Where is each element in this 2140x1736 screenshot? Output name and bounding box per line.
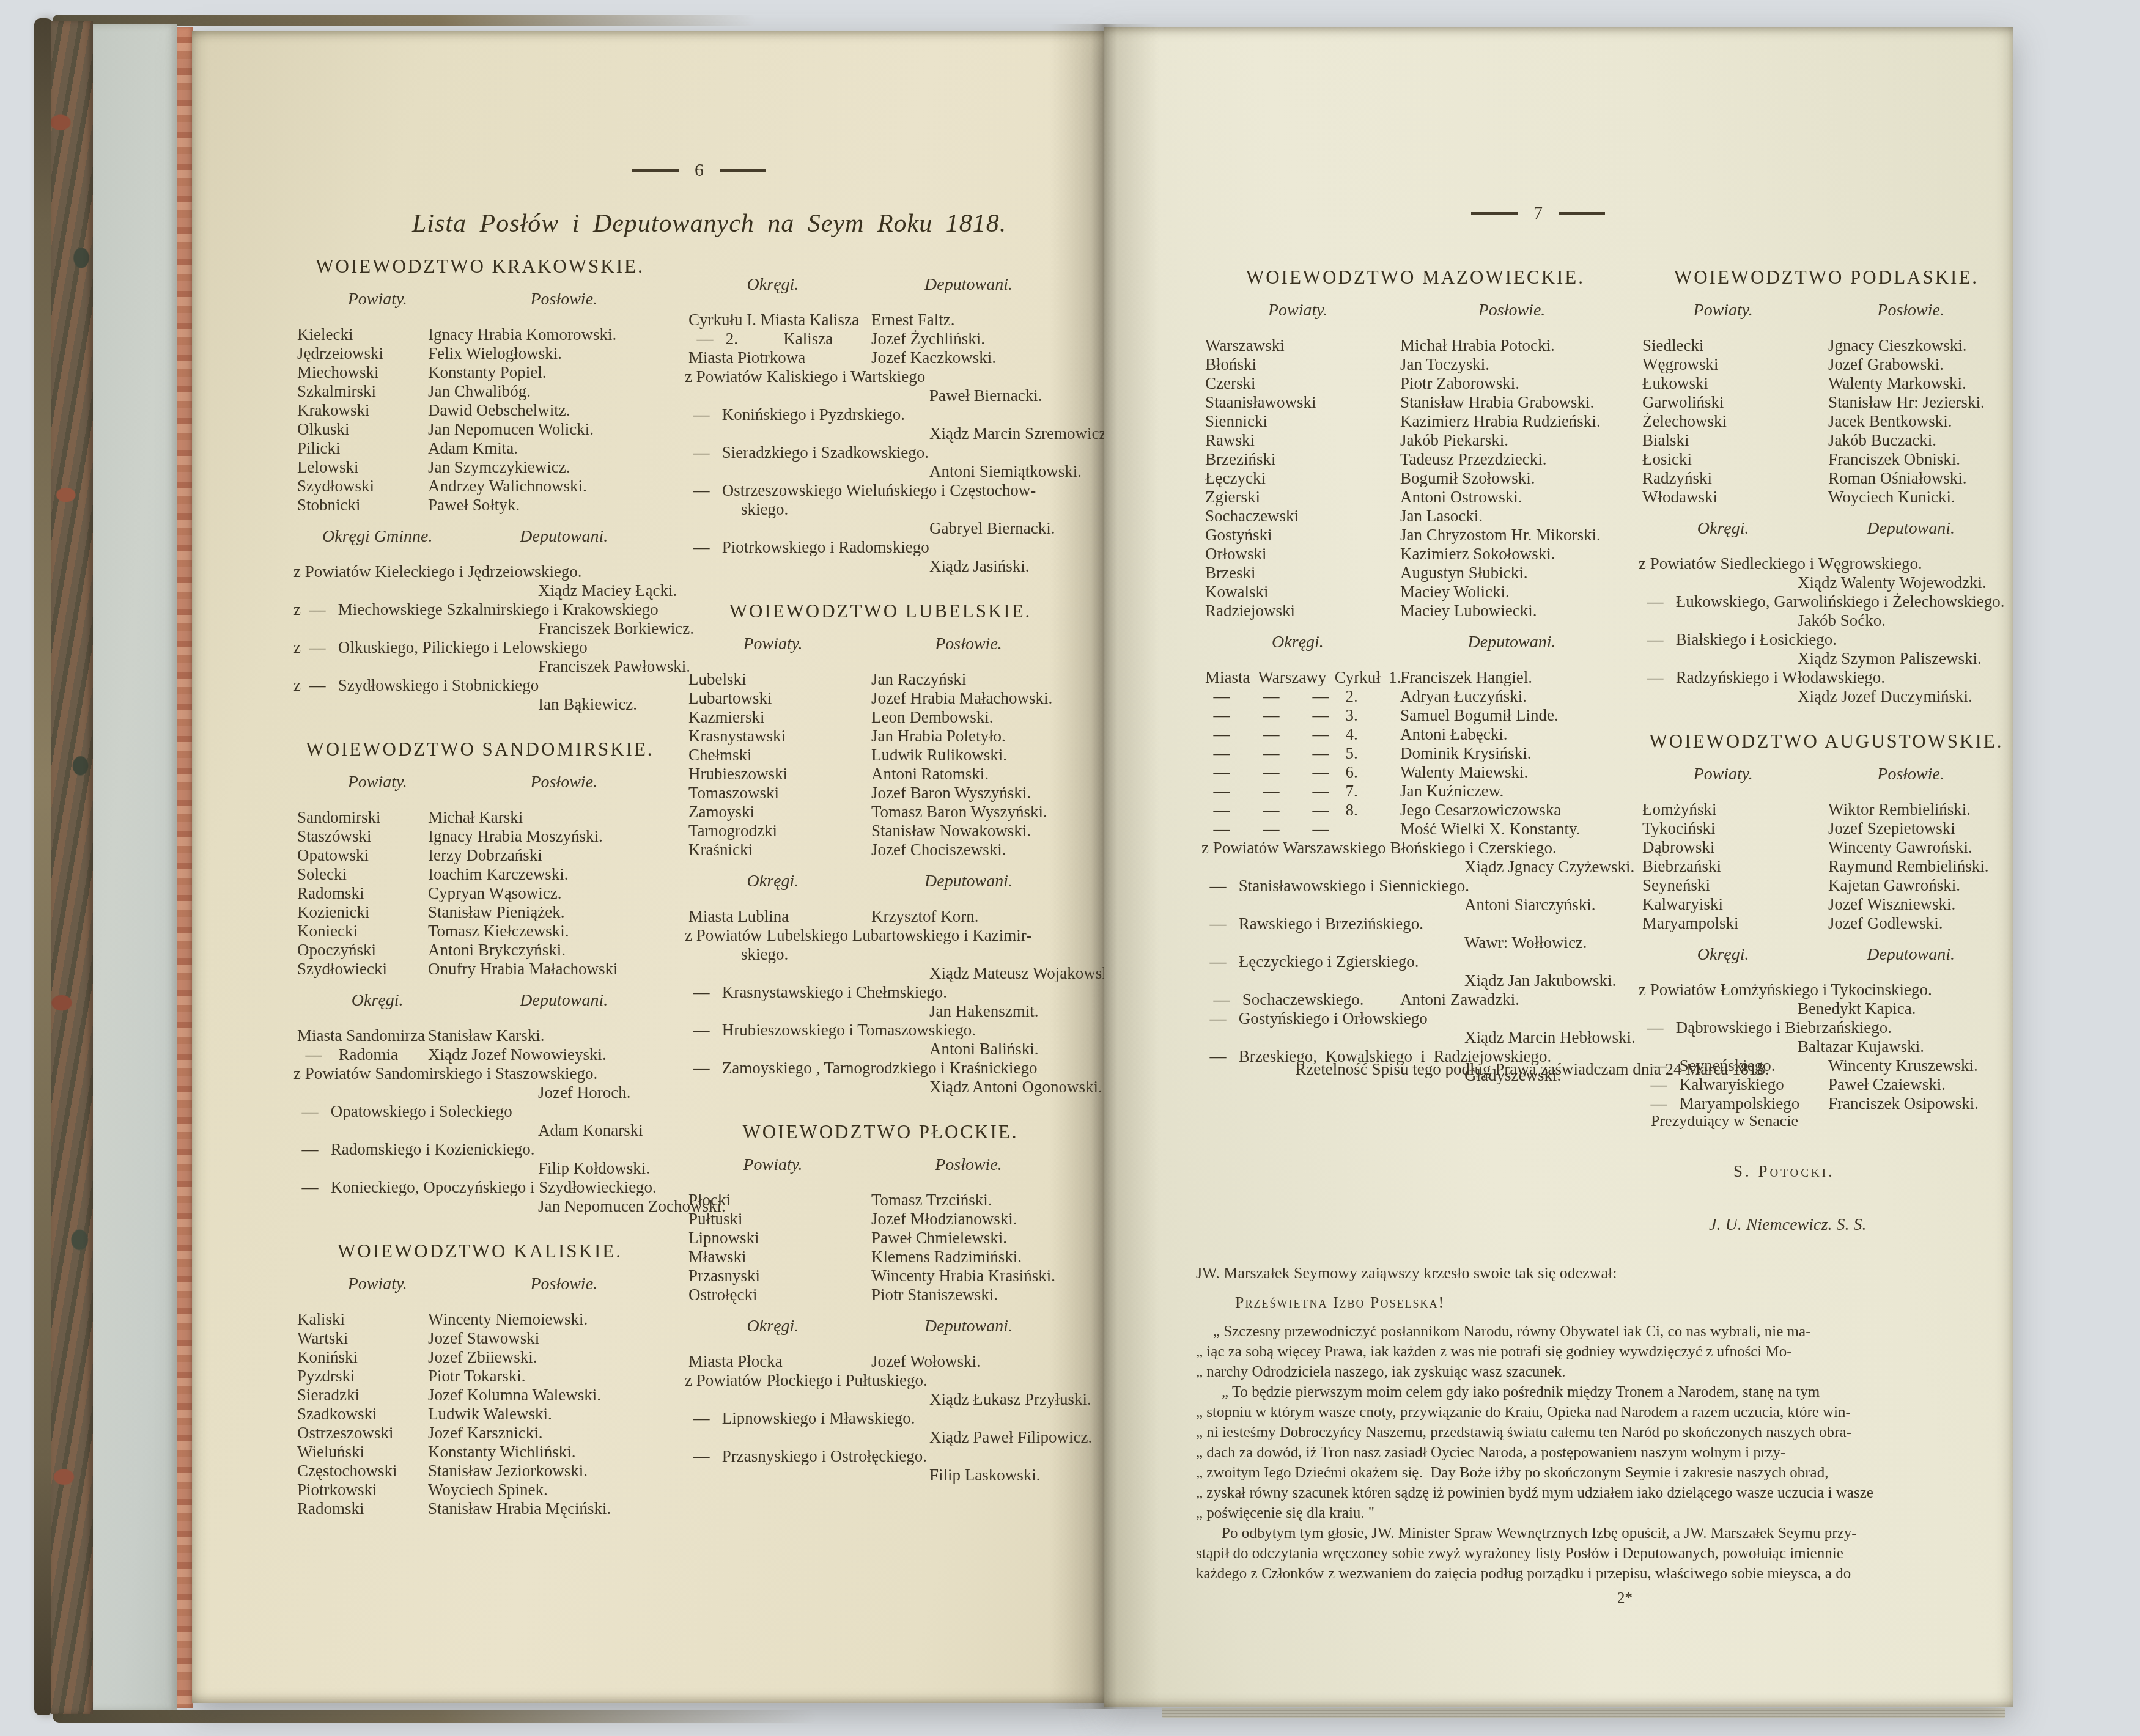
- district-name: — Krasnystawskiego i Chełmskiego.: [685, 983, 1076, 1002]
- page-footer: Rzetelność Spisu tego podług Prawa zaświ…: [1196, 1060, 1985, 1607]
- person-name: Ernest Faltz.: [871, 311, 1076, 329]
- district-name: — Sieradzkiego i Szadkowskiego.: [685, 443, 1076, 462]
- person-name: Stanisław Jeziorkowski.: [428, 1462, 666, 1480]
- district-name: Lubartowski: [685, 689, 871, 708]
- person-name: Stanisław Hrabia Męciński.: [428, 1499, 666, 1518]
- district-name: Łęczycki: [1201, 469, 1400, 488]
- person-name: Ludwik Rulikowski.: [871, 746, 1076, 765]
- person-name: Ignacy Hrabia Moszyński.: [428, 827, 666, 846]
- list-row: WarszawskiMichał Hrabia Potocki.: [1201, 336, 1629, 355]
- person-name: Maciey Wolicki.: [1400, 583, 1629, 601]
- district-entry: — — — 3.Samuel Bogumił Linde.: [1201, 706, 1629, 725]
- district-name: Błoński: [1201, 355, 1400, 374]
- list-row: ŁomżyńskiWiktor Rembieliński.: [1639, 800, 2014, 819]
- district-entry: — — — 5.Dominik Krysiński.: [1201, 744, 1629, 763]
- district-name: Tarnogrodzki: [685, 822, 871, 840]
- list-row: SzadkowskiLudwik Walewski.: [293, 1405, 666, 1424]
- column-headers: Okręgi.Deputowani.: [1639, 945, 2014, 965]
- presiding-label: Prezyduiący w Senacie: [1651, 1112, 1985, 1130]
- person-name: Jan Hakenszmit.: [685, 1002, 1076, 1021]
- person-name: Stanisław Hr: Jezierski.: [1828, 393, 2014, 412]
- district-name: z Powiatów Łomżyńskiego i Tykocinskiego.: [1639, 980, 2014, 999]
- name-list: LubelskiJan RaczyńskiLubartowskiJozef Hr…: [685, 670, 1076, 859]
- person-name: Jacek Bentkowski.: [1828, 412, 2014, 431]
- person-name: Antoni Zawadzki.: [1400, 990, 1629, 1009]
- list-row: OpatowskiIerzy Dobrzański: [293, 846, 666, 865]
- marbled-endpaper: [51, 21, 93, 1714]
- list-row: MiechowskiKonstanty Popiel.: [293, 363, 666, 382]
- column-header-right: Posłowie.: [1394, 301, 1629, 320]
- list-row: StaszówskiIgnacy Hrabia Moszyński.: [293, 827, 666, 846]
- district-entry: z Powiatów Siedleckiego i Węgrowskiego.X…: [1639, 554, 2014, 592]
- district-name: — Stanisławowskiego i Siennickiego.: [1201, 877, 1629, 896]
- district-entry: — — — 6.Walenty Maiewski.: [1201, 763, 1629, 782]
- district-name: Żelechowski: [1639, 412, 1828, 431]
- person-name: Jan Lasocki.: [1400, 507, 1629, 526]
- column-header-left: Okręgi.: [1639, 519, 1807, 539]
- district-name: Ostrzeszowski: [293, 1424, 428, 1443]
- list-row: OpoczyńskiAntoni Brykczyński.: [293, 941, 666, 960]
- column-header-right: Deputowani.: [861, 275, 1076, 295]
- person-name: Woyciech Spinek.: [428, 1480, 666, 1499]
- person-name: Konstanty Wichliński.: [428, 1443, 666, 1462]
- district-name: — 2. Kalisza: [685, 329, 871, 348]
- person-name: Tomasz Trzciński.: [871, 1191, 1076, 1210]
- district-entry: — Konieckiego, Opoczyńskiego i Szydłowie…: [293, 1178, 666, 1216]
- voivodeship-heading: WOIEWODZTWO KRAKOWSKIE.: [293, 256, 666, 278]
- list-row: SzydłowskiAndrzey Walichnowski.: [293, 477, 666, 496]
- speech-line: „ ni iesteśmy Dobroczyńcy Naszemu, przed…: [1196, 1422, 1985, 1443]
- column-headers: Okręgi.Deputowani.: [1639, 519, 2014, 539]
- person-name: Augustyn Słubicki.: [1400, 564, 1629, 583]
- column-headers: Powiaty.Posłowie.: [1639, 765, 2014, 784]
- district-name: Wieluński: [293, 1443, 428, 1462]
- person-name: Gabryel Biernacki.: [685, 519, 1076, 538]
- list-row: RadomskiStanisław Hrabia Męciński.: [293, 1499, 666, 1518]
- person-name: Xiądz Jozef Duczymiński.: [1639, 687, 2014, 706]
- list-row: PułtuskiJozef Młodzianowski.: [685, 1210, 1076, 1229]
- district-name: Olkuski: [293, 420, 428, 439]
- district-name: Kozienicki: [293, 903, 428, 922]
- district-name: Lubelski: [685, 670, 871, 689]
- district-name: Radzyński: [1639, 469, 1828, 488]
- district-name: Maryampolski: [1639, 914, 1828, 933]
- person-name: Jozef Godlewski.: [1828, 914, 2014, 933]
- column-header-right: Posłowie.: [462, 290, 667, 309]
- district-name: Łosicki: [1639, 450, 1828, 469]
- list-row: TykocińskiJozef Szepietowski: [1639, 819, 2014, 838]
- district-name: Kazmierski: [685, 708, 871, 727]
- person-name: Krzysztof Korn.: [871, 907, 1076, 926]
- district-name: Częstochowski: [293, 1462, 428, 1480]
- list-row: PiotrkowskiWoyciech Spinek.: [293, 1480, 666, 1499]
- column-header-left: Okręgi Gminne.: [293, 527, 462, 546]
- district-name: — — —: [1201, 820, 1400, 839]
- district-entry: Miasta LublinaKrzysztof Korn.: [685, 907, 1076, 926]
- district-name: — — — 7.: [1201, 782, 1400, 801]
- signature-mark: 2*: [1617, 1590, 1985, 1607]
- column-header-left: Okręgi.: [685, 872, 861, 891]
- person-name: Xiądz Walenty Wojewodzki.: [1639, 573, 2014, 592]
- page-stack-edge: [1162, 1708, 2005, 1718]
- list-row: PłockiTomasz Trzciński.: [685, 1191, 1076, 1210]
- district-name: — — — 4.: [1201, 725, 1400, 744]
- column-header-right: Posłowie.: [1807, 301, 2014, 320]
- person-name: Antoni Brykczyński.: [428, 941, 666, 960]
- person-name: Franciszek Hangiel.: [1400, 668, 1629, 687]
- column-header-right: Posłowie.: [462, 773, 667, 792]
- district-name: — Piotrkowskiego i Radomskiego: [685, 538, 1076, 557]
- person-name: Jozef Wiszniewski.: [1828, 895, 2014, 914]
- voivodeship-heading: WOIEWODZTWO SANDOMIRSKIE.: [293, 738, 666, 760]
- district-name: — Hrubieszowskiego i Tomaszowskiego.: [685, 1021, 1076, 1040]
- person-name: Antoni Siarczyński.: [1201, 896, 1629, 914]
- voivodeship-heading: WOIEWODZTWO PŁOCKIE.: [685, 1121, 1076, 1143]
- list-row: SandomirskiMichał Karski: [293, 808, 666, 827]
- column-header-right: Posłowie.: [462, 1274, 667, 1294]
- district-entry: z Powiatów Sandomirskiego i Staszowskieg…: [293, 1064, 666, 1102]
- person-name: Filip Kołdowski.: [293, 1159, 666, 1178]
- district-name: — Sochaczewskiego.: [1201, 990, 1400, 1009]
- district-name: Pułtuski: [685, 1210, 871, 1229]
- district-entry: z — Miechowskiege Szkalmirskiego i Krako…: [293, 600, 666, 638]
- district-name: Miasta Piotrkowa: [685, 348, 871, 367]
- list-row: MławskiKlemens Radzimiński.: [685, 1248, 1076, 1267]
- list-row: SzkalmirskiJan Chwalibóg.: [293, 382, 666, 401]
- person-name: Woyciech Kunicki.: [1828, 488, 2014, 507]
- person-name: Xiądz Antoni Ogonowski.: [685, 1078, 1076, 1097]
- district-name: — Zamoyskiego , Tarnogrodzkiego i Kraśni…: [685, 1059, 1076, 1078]
- district-name: Miechowski: [293, 363, 428, 382]
- district-entry: — — — 8.Jego Cesarzowiczowska: [1201, 801, 1629, 820]
- book-spine: [34, 18, 53, 1715]
- person-name: Wincenty Niemoiewski.: [428, 1310, 666, 1329]
- district-name: Pilicki: [293, 439, 428, 458]
- list-row: ŁęczyckiBogumił Szołowski.: [1201, 469, 1629, 488]
- district-name: — Konińskiego i Pyzdrskiego.: [685, 405, 1076, 424]
- district-name: z Powiatów Kaliskiego i Wartskiego: [685, 367, 1076, 386]
- column-headers: Powiaty.Posłowie.: [685, 1155, 1076, 1175]
- column-headers: Powiaty.Posłowie.: [293, 773, 666, 792]
- district-name: Węgrowski: [1639, 355, 1828, 374]
- district-name: Miasta Sandomirza: [293, 1026, 428, 1045]
- district-entry: — Łukowskiego, Garwolińskiego i Żelechow…: [1639, 592, 2014, 630]
- list-row: ZamoyskiTomasz Baron Wyszyński.: [685, 803, 1076, 822]
- district-name: Krasnystawski: [685, 727, 871, 746]
- person-name: Antoni Baliński.: [685, 1040, 1076, 1059]
- column-header-left: Powiaty.: [293, 290, 462, 309]
- person-name: Leon Dembowski.: [871, 708, 1076, 727]
- district-entry: — Rawskiego i Brzezińskiego.Wawr: Wołłow…: [1201, 914, 1629, 952]
- district-name: — Gostyńskiego i Orłowskiego: [1201, 1009, 1629, 1028]
- district-name: Rawski: [1201, 431, 1400, 450]
- list-row: KaliskiWincenty Niemoiewski.: [293, 1310, 666, 1329]
- district-name: Cyrkułu I. Miasta Kalisza: [685, 311, 871, 329]
- district-name: Kielecki: [293, 325, 428, 344]
- district-name: z Powiatów Płockiego i Pułtuskiego.: [685, 1371, 1076, 1390]
- person-name: Roman Ośniałowski.: [1828, 469, 2014, 488]
- list-row: HrubieszowskiAntoni Ratomski.: [685, 765, 1076, 784]
- district-name: Bialski: [1639, 431, 1828, 450]
- person-name: Jgnacy Cieszkowski.: [1828, 336, 2014, 355]
- right-page-column-2: WOIEWODZTWO PODLASKIE.Powiaty.Posłowie.S…: [1639, 267, 2014, 1118]
- district-entry: Miasta PłockaJozef Wołowski.: [685, 1352, 1076, 1371]
- left-page-column-2: Okręgi.Deputowani.Cyrkułu I. Miasta Kali…: [685, 263, 1076, 1485]
- person-name: Andrzey Walichnowski.: [428, 477, 666, 496]
- speech-line: „ Szczesny przewodniczyć posłannikom Nar…: [1196, 1322, 1985, 1342]
- district-name: Siedlecki: [1639, 336, 1828, 355]
- list-row: TarnogrodzkiStanisław Nowakowski.: [685, 822, 1076, 840]
- list-row: WęgrowskiJozef Grabowski.: [1639, 355, 2014, 374]
- district-name: — — — 5.: [1201, 744, 1400, 763]
- district-entry: — Lipnowskiego i Mławskiego.Xiądz Paweł …: [685, 1409, 1076, 1447]
- person-name: Jakób Soćko.: [1639, 611, 2014, 630]
- person-name: Stanisław Nowakowski.: [871, 822, 1076, 840]
- person-name: Jozef Baron Wyszyński.: [871, 784, 1076, 803]
- person-name: Paweł Biernacki.: [685, 386, 1076, 405]
- name-list: SandomirskiMichał KarskiStaszówskiIgnacy…: [293, 808, 666, 979]
- person-name: Antoni Ostrowski.: [1400, 488, 1629, 507]
- column-header-left: Okręgi.: [293, 991, 462, 1010]
- person-name: Wincenty Hrabia Krasiński.: [871, 1267, 1076, 1285]
- person-name: Piotr Zaborowski.: [1400, 374, 1629, 393]
- person-name: Jozef Horoch.: [293, 1083, 666, 1102]
- list-row: SoleckiIoachim Karczewski.: [293, 865, 666, 884]
- column-header-left: Okręgi.: [685, 1317, 861, 1336]
- district-name: Warszawski: [1201, 336, 1400, 355]
- salutation: Prześwietna Izbo Poselska!: [1235, 1293, 1985, 1312]
- person-name: Jozef Szepietowski: [1828, 819, 2014, 838]
- list-row: RawskiJakób Piekarski.: [1201, 431, 1629, 450]
- district-entry: — Konińskiego i Pyzdrskiego.Xiądz Marcin…: [685, 405, 1076, 443]
- person-name: Stanisław Karski.: [428, 1026, 666, 1045]
- book-board-edge-bottom: [53, 1710, 817, 1723]
- district-entry: — Sieradzkiego i Szadkowskiego.Antoni Si…: [685, 443, 1076, 481]
- district-name-continued: skiego.: [685, 945, 1076, 964]
- person-name: Filip Laskowski.: [685, 1466, 1076, 1485]
- list-row: TomaszowskiJozef Baron Wyszyński.: [685, 784, 1076, 803]
- district-name: Hrubieszowski: [685, 765, 871, 784]
- speech-line: „ To będzie pierwszym moim celem gdy iak…: [1196, 1382, 1985, 1402]
- district-entry: — Dąbrowskiego i Biebrzańskiego.Baltazar…: [1639, 1018, 2014, 1056]
- district-entry: z Powiatów Łomżyńskiego i Tykocinskiego.…: [1639, 980, 2014, 1018]
- column-header-right: Deputowani.: [861, 872, 1076, 891]
- district-entry: z Powiatów Kieleckiego i Jędrzeiowskiego…: [293, 562, 666, 600]
- speech-line: stąpił do odczytania wręczoney sobie zwy…: [1196, 1543, 1985, 1564]
- list-row: RadzyńskiRoman Ośniałowski.: [1639, 469, 2014, 488]
- person-name: Ignacy Hrabia Komorowski.: [428, 325, 666, 344]
- district-name: — Łukowskiego, Garwolińskiego i Żelechow…: [1639, 592, 2014, 611]
- person-name: Wiktor Rembieliński.: [1828, 800, 2014, 819]
- list-row: LubartowskiJozef Hrabia Małachowski.: [685, 689, 1076, 708]
- district-name: — Konieckiego, Opoczyńskiego i Szydłowie…: [293, 1178, 666, 1197]
- district-entry: z Powiatów Lubelskiego Lubartowskiego i …: [685, 926, 1076, 983]
- district-name: Lelowski: [293, 458, 428, 477]
- district-entry: — — —Mość Wielki X. Konstanty.: [1201, 820, 1629, 839]
- district-name: Siennicki: [1201, 412, 1400, 431]
- district-name: — — — 6.: [1201, 763, 1400, 782]
- list-row: CzęstochowskiStanisław Jeziorkowski.: [293, 1462, 666, 1480]
- list-row: WłodawskiWoyciech Kunicki.: [1639, 488, 2014, 507]
- name-list: ŁomżyńskiWiktor Rembieliński.TykocińskiJ…: [1639, 800, 2014, 933]
- list-row: ŁosickiFranciszek Obniski.: [1639, 450, 2014, 469]
- person-name: Jan Hrabia Poletyło.: [871, 727, 1076, 746]
- district-name: Szydłowski: [293, 477, 428, 496]
- district-entry: — Hrubieszowskiego i Tomaszowskiego.Anto…: [685, 1021, 1076, 1059]
- person-name: Paweł Chmielewski.: [871, 1229, 1076, 1248]
- column-header-left: Powiaty.: [685, 634, 861, 654]
- voivodeship-heading: WOIEWODZTWO LUBELSKIE.: [685, 600, 1076, 622]
- column-header-left: Powiaty.: [685, 1155, 861, 1175]
- list-row: OlkuskiJan Nepomucen Wolicki.: [293, 420, 666, 439]
- district-name: Łukowski: [1639, 374, 1828, 393]
- list-row: BrzeskiAugustyn Słubicki.: [1201, 564, 1629, 583]
- person-name: Xiądz Maciey Łącki.: [293, 581, 666, 600]
- district-name: z — Olkuskiego, Pilickiego i Lelowskiego: [293, 638, 666, 657]
- district-name: Łomżyński: [1639, 800, 1828, 819]
- list-row: KrakowskiDawid Oebschelwitz.: [293, 401, 666, 420]
- person-name: Piotr Staniszewski.: [871, 1285, 1076, 1304]
- district-name: — — — 8.: [1201, 801, 1400, 820]
- person-name: Jan Szymczykiewicz.: [428, 458, 666, 477]
- district-entry: Miasta SandomirzaStanisław Karski.: [293, 1026, 666, 1045]
- person-name: Piotr Tokarski.: [428, 1367, 666, 1386]
- list-row: JędrzeiowskiFelix Wielogłowski.: [293, 344, 666, 363]
- person-name: Ludwik Walewski.: [428, 1405, 666, 1424]
- attestation-line: Rzetelność Spisu tego podług Prawa zaświ…: [1196, 1060, 1985, 1079]
- list-row: SieradzkiJozef Kolumna Walewski.: [293, 1386, 666, 1405]
- list-row: OstrzeszowskiJozef Karsznicki.: [293, 1424, 666, 1443]
- district-name: — Lipnowskiego i Mławskiego.: [685, 1409, 1076, 1428]
- district-entry: — Krasnystawskiego i Chełmskiego.Jan Hak…: [685, 983, 1076, 1021]
- person-name: Kazimierz Sokołowski.: [1400, 545, 1629, 564]
- person-name: Onufry Hrabia Małachowski: [428, 960, 666, 979]
- person-name: Kajetan Gawroński.: [1828, 876, 2014, 895]
- name-list: WarszawskiMichał Hrabia Potocki.BłońskiJ…: [1201, 336, 1629, 620]
- person-name: Antoni Ratomski.: [871, 765, 1076, 784]
- list-row: ŻelechowskiJacek Bentkowski.: [1639, 412, 2014, 431]
- person-name: Michał Karski: [428, 808, 666, 827]
- speech-introduction: JW. Marszałek Seymowy zaiąwszy krzesło s…: [1196, 1264, 1985, 1282]
- person-name: Ioachim Karczewski.: [428, 865, 666, 884]
- district-name: z Powiatów Sandomirskiego i Staszowskieg…: [293, 1064, 666, 1083]
- person-name: Jozef Młodzianowski.: [871, 1210, 1076, 1229]
- district-entry: z Powiatów Płockiego i Pułtuskiego.Xiądz…: [685, 1371, 1076, 1409]
- person-name: Paweł Sołtyk.: [428, 496, 666, 515]
- district-entry: — Sochaczewskiego.Antoni Zawadzki.: [1201, 990, 1629, 1009]
- district-name: z Powiatów Siedleckiego i Węgrowskiego.: [1639, 554, 2014, 573]
- district-name: Kaliski: [293, 1310, 428, 1329]
- district-entry: Miasta Warszawy Cyrkuł 1.Franciszek Hang…: [1201, 668, 1629, 687]
- list-row: RadziejowskiMaciey Lubowiecki.: [1201, 601, 1629, 620]
- district-entry: — Piotrkowskiego i RadomskiegoXiądz Jasi…: [685, 538, 1076, 576]
- left-page-column-1: WOIEWODZTWO KRAKOWSKIE.Powiaty.Posłowie.…: [293, 256, 666, 1523]
- column-header-left: Powiaty.: [293, 773, 462, 792]
- district-name: Czerski: [1201, 374, 1400, 393]
- speech-line: „ narchy Odrodziciela naszego, iak zysku…: [1196, 1362, 1985, 1382]
- district-name: Zgierski: [1201, 488, 1400, 507]
- district-name: z Powiatów Lubelskiego Lubartowskiego i …: [685, 926, 1076, 945]
- district-entry: — Przasnyskiego i Ostrołęckiego.Filip La…: [685, 1447, 1076, 1485]
- person-name: Xiądz Marcin Hebłowski.: [1201, 1028, 1629, 1047]
- list-row: SzydłowieckiOnufry Hrabia Małachowski: [293, 960, 666, 979]
- column-headers: Powiaty.Posłowie.: [1639, 301, 2014, 320]
- district-name: z Powiatów Kieleckiego i Jędrzeiowskiego…: [293, 562, 666, 581]
- list-row: MaryampolskiJozef Godlewski.: [1639, 914, 2014, 933]
- person-name: Maciey Lubowiecki.: [1400, 601, 1629, 620]
- list-row: ZgierskiAntoni Ostrowski.: [1201, 488, 1629, 507]
- speech-line: „ zwoitym Iego Dziećmi okażem się. Day B…: [1196, 1463, 1985, 1483]
- name-list: KieleckiIgnacy Hrabia Komorowski.Jędrzei…: [293, 325, 666, 515]
- column-header-left: Okręgi.: [1201, 633, 1394, 652]
- person-name: Jozef Kolumna Walewski.: [428, 1386, 666, 1405]
- person-name: Jego Cesarzowiczowska: [1400, 801, 1629, 820]
- column-header-right: Posłowie.: [1807, 765, 2014, 784]
- column-header-right: Deputowani.: [462, 991, 667, 1010]
- column-header-left: Okręgi.: [1639, 945, 1807, 965]
- person-name: Tadeusz Przezdziecki.: [1400, 450, 1629, 469]
- list-row: StobnickiPaweł Sołtyk.: [293, 496, 666, 515]
- column-headers: Powiaty.Posłowie.: [685, 634, 1076, 654]
- district-name: Stobnicki: [293, 496, 428, 515]
- person-name: Walenty Markowski.: [1828, 374, 2014, 393]
- document-title: Lista Posłów i Deputowanych na Seym Roku…: [412, 209, 1006, 238]
- list-row: WieluńskiKonstanty Wichliński.: [293, 1443, 666, 1462]
- list-row: KalwaryiskiJozef Wiszniewski.: [1639, 895, 2014, 914]
- district-entry: — — — 7.Jan Kuźniczew.: [1201, 782, 1629, 801]
- district-entry: — Ostrzeszowskiego Wieluńskiego i Często…: [685, 481, 1076, 538]
- column-header-right: Posłowie.: [861, 634, 1076, 654]
- column-header-right: Posłowie.: [861, 1155, 1076, 1175]
- district-name: — Rawskiego i Brzezińskiego.: [1201, 914, 1629, 933]
- name-list: PłockiTomasz Trzciński.PułtuskiJozef Mło…: [685, 1191, 1076, 1304]
- column-header-left: Powiaty.: [1201, 301, 1394, 320]
- person-name: Dawid Oebschelwitz.: [428, 401, 666, 420]
- person-name: Franciszek Borkiewicz.: [293, 619, 666, 638]
- voivodeship-heading: WOIEWODZTWO KALISKIE.: [293, 1240, 666, 1262]
- column-header-right: Deputowani.: [861, 1317, 1076, 1336]
- person-name: Cypryan Wąsowicz.: [428, 884, 666, 903]
- list-row: PyzdrskiPiotr Tokarski.: [293, 1367, 666, 1386]
- speech-line: „ dach za dowód, iż Tron nasz zasiadł Oy…: [1196, 1443, 1985, 1463]
- page-number-rule: [632, 169, 679, 172]
- person-name: Jozef Żychliński.: [871, 329, 1076, 348]
- district-name: — — — 2.: [1201, 687, 1400, 706]
- district-name: Kowalski: [1201, 583, 1400, 601]
- column-headers: Okręgi.Deputowani.: [685, 275, 1076, 295]
- district-name: Opoczyński: [293, 941, 428, 960]
- district-entry: — — — 2.Adryan Łuczyński.: [1201, 687, 1629, 706]
- list-row: PrzasnyskiWincenty Hrabia Krasiński.: [685, 1267, 1076, 1285]
- district-name: Miasta Płocka: [685, 1352, 871, 1371]
- district-name: — — — 3.: [1201, 706, 1400, 725]
- person-name: Xiądz Szymon Paliszewski.: [1639, 649, 2014, 668]
- list-row: ChełmskiLudwik Rulikowski.: [685, 746, 1076, 765]
- district-name: Szydłowiecki: [293, 960, 428, 979]
- district-name: Radomski: [293, 1499, 428, 1518]
- district-entry: — Łęczyckiego i Zgierskiego.Xiądz Jan Ja…: [1201, 952, 1629, 990]
- person-name: Kazimierz Hrabia Rudzieński.: [1400, 412, 1629, 431]
- list-row: KieleckiIgnacy Hrabia Komorowski.: [293, 325, 666, 344]
- district-name: Piotrkowski: [293, 1480, 428, 1499]
- person-name: Wawr: Wołłowicz.: [1201, 933, 1629, 952]
- district-name: Brzeziński: [1201, 450, 1400, 469]
- list-row: ŁukowskiWalenty Markowski.: [1639, 374, 2014, 393]
- district-name: Seyneński: [1639, 876, 1828, 895]
- name-list: SiedleckiJgnacy Cieszkowski.WęgrowskiJoz…: [1639, 336, 2014, 507]
- list-row: SeyneńskiKajetan Gawroński.: [1639, 876, 2014, 895]
- person-name: Dominik Krysiński.: [1400, 744, 1629, 763]
